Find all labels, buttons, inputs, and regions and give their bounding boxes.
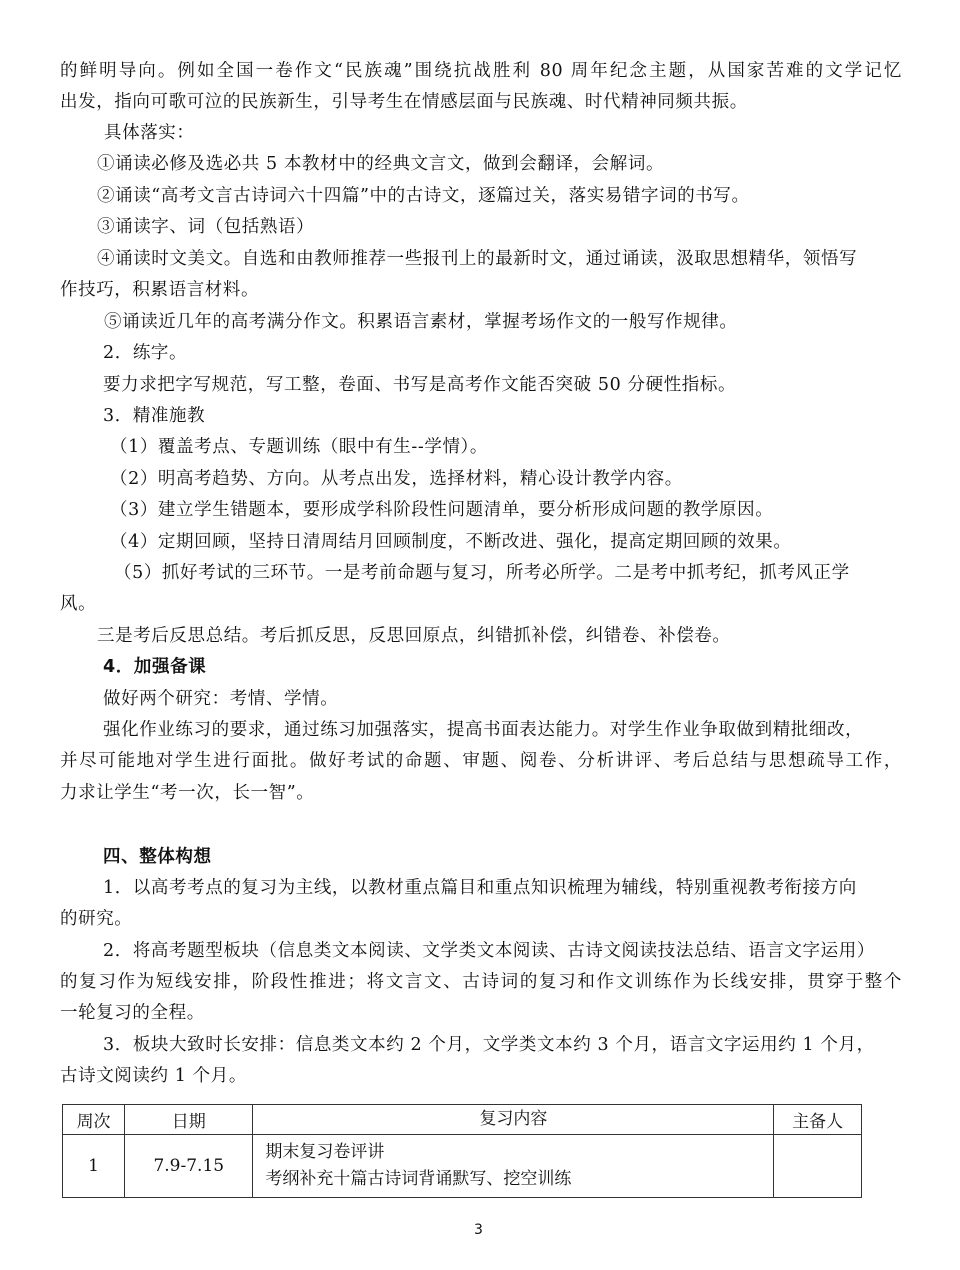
paragraph-line: 力求让学生“考一次，长一智”。 xyxy=(60,781,314,805)
section-heading: 4．加强备课 xyxy=(103,655,206,679)
cell-content: 期末复习卷评讲 考纲补充十篇古诗词背诵默写、挖空训练 xyxy=(253,1135,774,1198)
table-header-row: 周次 日期 复习内容 主备人 xyxy=(63,1105,862,1135)
paragraph-line: 的鲜明导向。例如全国一卷作文“民族魂”围绕抗战胜利 80 周年纪念主题，从国家苦… xyxy=(60,59,902,83)
paragraph-line: 的研究。 xyxy=(60,907,132,931)
header-content: 复习内容 xyxy=(253,1105,774,1135)
paragraph-line: 古诗文阅读约 1 个月。 xyxy=(60,1064,247,1088)
paragraph-line: ④诵读时文美文。自选和由教师推荐一些报刊上的最新时文，通过诵读，汲取思想精华，领… xyxy=(97,247,857,271)
cell-owner xyxy=(774,1135,862,1198)
paragraph-line: 3．板块大致时长安排：信息类文本约 2 个月，文学类文本约 3 个月，语言文字运… xyxy=(103,1033,875,1057)
header-owner: 主备人 xyxy=(774,1105,862,1135)
paragraph-line: 要力求把字写规范，写工整，卷面、书写是高考作文能否突破 50 分硬性指标。 xyxy=(103,373,736,397)
paragraph-line: ①诵读必修及选必共 5 本教材中的经典文言文，做到会翻译，会解词。 xyxy=(97,152,664,176)
paragraph-line: （3）建立学生错题本，要形成学科阶段性问题清单，要分析形成问题的教学原因。 xyxy=(110,498,773,522)
paragraph-line: ⑤诵读近几年的高考满分作文。积累语言素材，掌握考场作文的一般写作规律。 xyxy=(104,310,738,334)
paragraph-line: （2）明高考趋势、方向。从考点出发，选择材料，精心设计教学内容。 xyxy=(110,467,683,491)
header-week: 周次 xyxy=(63,1105,125,1135)
paragraph-line: 1．以高考考点的复习为主线，以教材重点篇目和重点知识梳理为辅线，特别重视教考衔接… xyxy=(103,876,857,900)
review-schedule-table: 周次 日期 复习内容 主备人 1 7.9-7.15 期末复习卷评讲 考纲补充十篇… xyxy=(62,1104,862,1198)
content-line: 期末复习卷评讲 xyxy=(265,1139,773,1166)
paragraph-line: 做好两个研究：考情、学情。 xyxy=(103,687,338,711)
paragraph-line: 作技巧，积累语言材料。 xyxy=(60,278,259,302)
paragraph-line: 2．将高考题型板块（信息类文本阅读、文学类文本阅读、古诗文阅读技法总结、语言文字… xyxy=(103,939,875,963)
paragraph-line: （4）定期回顾，坚持日清周结月回顾制度，不断改进、强化，提高定期回顾的效果。 xyxy=(110,530,791,554)
paragraph-line: （1）覆盖考点、专题训练（眼中有生--学情）。 xyxy=(110,435,488,459)
page-number: 3 xyxy=(474,1222,483,1238)
paragraph-line: 并尽可能地对学生进行面批。做好考试的命题、审题、阅卷、分析讲评、考后总结与思想疏… xyxy=(60,749,902,773)
paragraph-line: 一轮复习的全程。 xyxy=(60,1001,205,1025)
paragraph-line: ②诵读“高考文言古诗词六十四篇”中的古诗文，逐篇过关，落实易错字词的书写。 xyxy=(97,184,750,208)
cell-date: 7.9-7.15 xyxy=(125,1135,253,1198)
section-heading: 四、整体构想 xyxy=(103,845,212,869)
cell-week: 1 xyxy=(63,1135,125,1198)
paragraph-line: 强化作业练习的要求，通过练习加强落实，提高书面表达能力。对学生作业争取做到精批细… xyxy=(103,718,863,742)
header-date: 日期 xyxy=(125,1105,253,1135)
content-line: 考纲补充十篇古诗词背诵默写、挖空训练 xyxy=(265,1166,773,1193)
paragraph-line: （5）抓好考试的三环节。一是考前命题与复习，所考必所学。二是考中抓考纪，抓考风正… xyxy=(114,561,850,585)
paragraph-line: 出发，指向可歌可泣的民族新生，引导考生在情感层面与民族魂、时代精神同频共振。 xyxy=(60,90,748,114)
table-row: 1 7.9-7.15 期末复习卷评讲 考纲补充十篇古诗词背诵默写、挖空训练 xyxy=(63,1135,862,1198)
paragraph-line: 具体落实： xyxy=(104,121,195,145)
paragraph-line: 风。 xyxy=(60,592,96,616)
paragraph-line: ③诵读字、词（包括熟语） xyxy=(97,215,314,239)
paragraph-line: 2．练字。 xyxy=(103,341,187,365)
paragraph-line: 三是考后反思总结。考后抓反思，反思回原点，纠错抓补偿，纠错卷、补偿卷。 xyxy=(97,624,731,648)
paragraph-line: 3．精准施教 xyxy=(103,404,205,428)
paragraph-line: 的复习作为短线安排，阶段性推进；将文言文、古诗词的复习和作文训练作为长线安排，贯… xyxy=(60,970,902,994)
